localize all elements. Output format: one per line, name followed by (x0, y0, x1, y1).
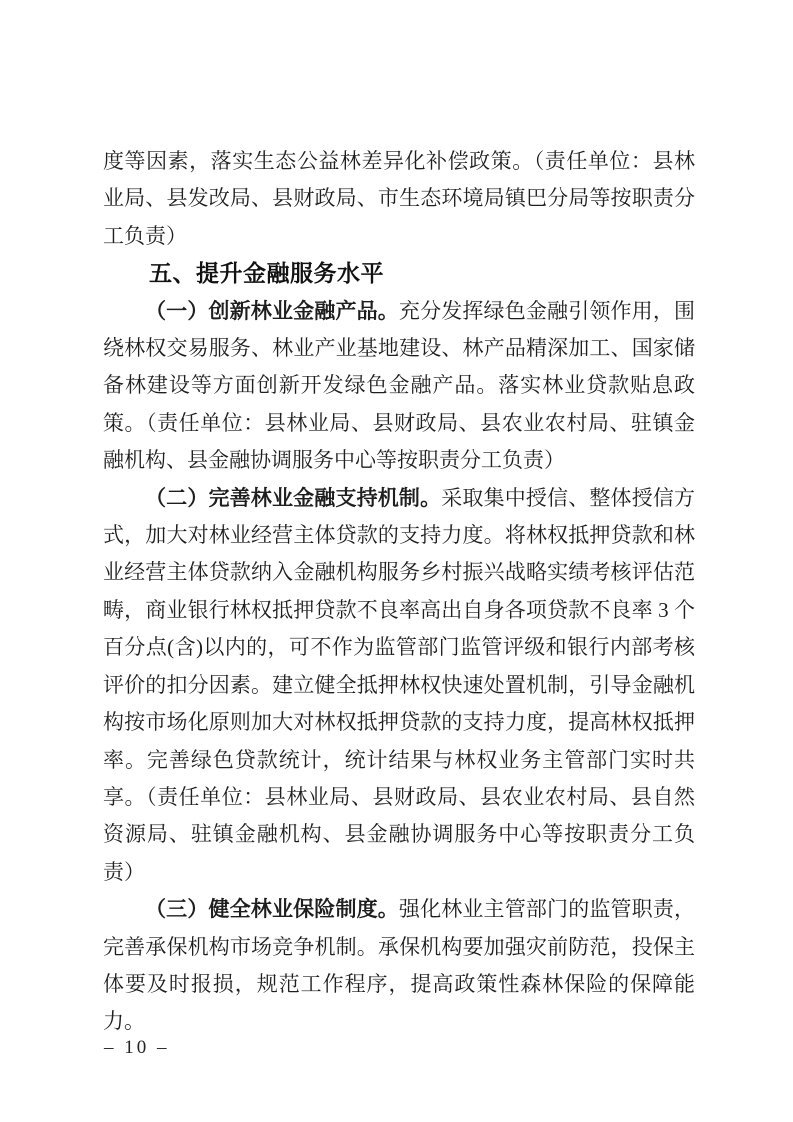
paragraph-2-text: 采取集中授信、整体授信方式，加大对林业经营主体贷款的支持力度。将林权抵押贷款和林… (103, 486, 695, 884)
paragraph-2-lead: （二）完善林业金融支持机制。 (145, 486, 441, 510)
paragraph-3-lead: （三）健全林业保险制度。 (145, 897, 399, 921)
paragraph-item-1: （一）创新林业金融产品。充分发挥绿色金融引领作用，围绕林权交易服务、林业产业基地… (103, 293, 695, 480)
paragraph-continuation: 度等因素，落实生态公益林差异化补偿政策。（责任单位：县林业局、县发改局、县财政局… (103, 143, 695, 255)
paragraph-item-3: （三）健全林业保险制度。强化林业主管部门的监管职责，完善承保机构市场竞争机制。承… (103, 891, 695, 1041)
section-heading: 五、提升金融服务水平 (103, 255, 695, 292)
document-body: 度等因素，落实生态公益林差异化补偿政策。（责任单位：县林业局、县发改局、县财政局… (103, 143, 695, 1041)
paragraph-item-2: （二）完善林业金融支持机制。采取集中授信、整体授信方式，加大对林业经营主体贷款的… (103, 480, 695, 891)
paragraph-1-text: 充分发挥绿色金融引领作用，围绕林权交易服务、林业产业基地建设、林产品精深加工、国… (103, 299, 695, 473)
paragraph-1-lead: （一）创新林业金融产品。 (145, 299, 399, 323)
page-number: – 10 – (104, 1036, 170, 1060)
document-page: 度等因素，落实生态公益林差异化补偿政策。（责任单位：县林业局、县发改局、县财政局… (0, 0, 793, 1122)
